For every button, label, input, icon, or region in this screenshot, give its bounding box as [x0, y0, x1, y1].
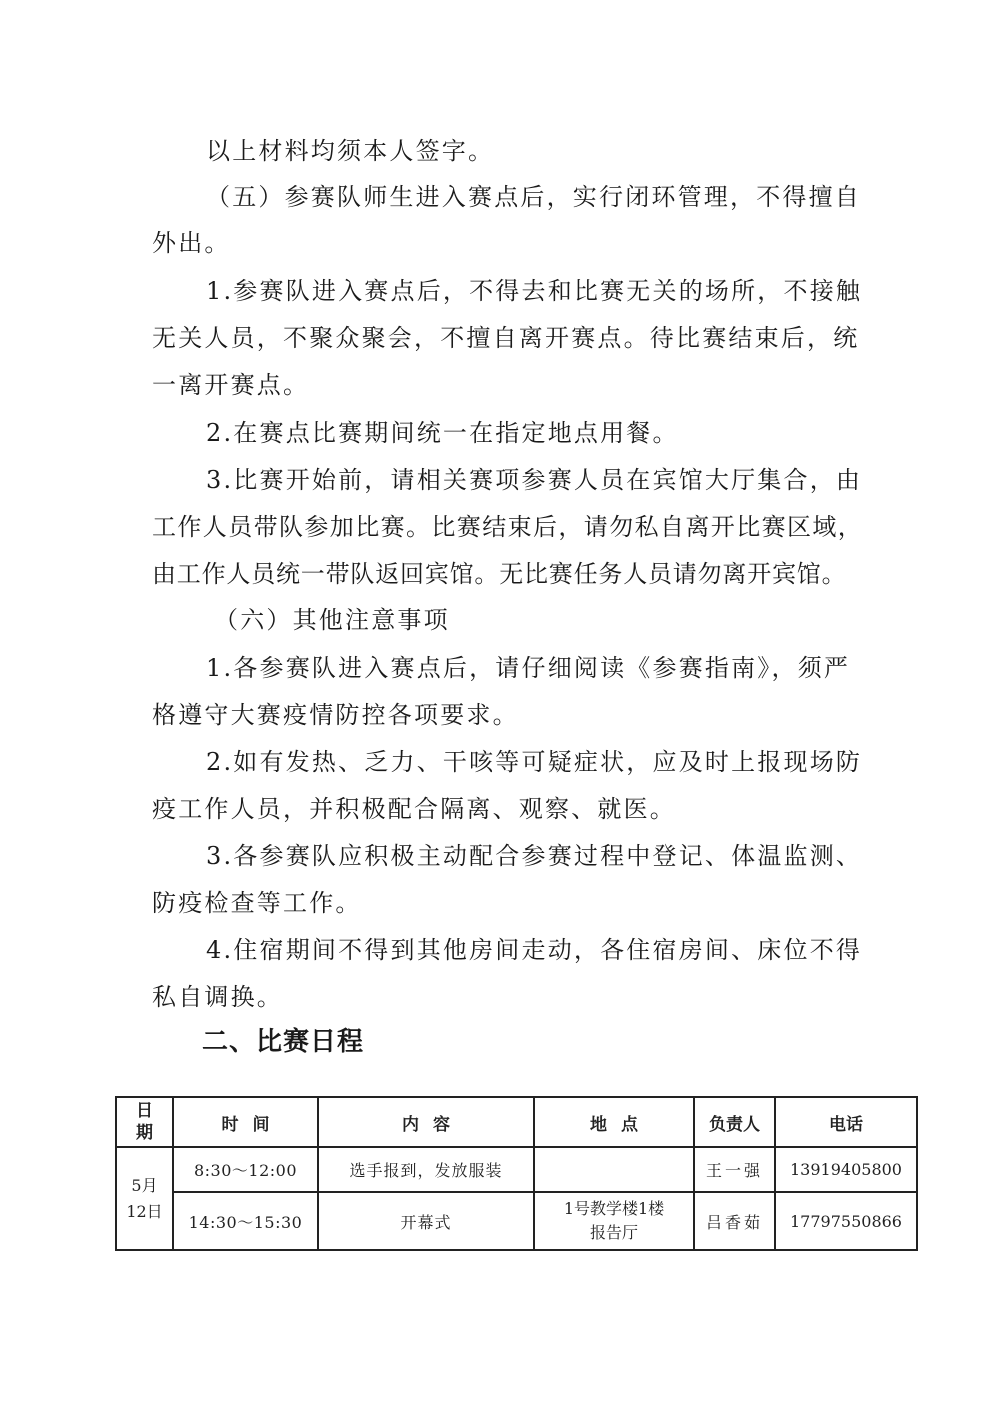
- paragraph-line: 1.各参赛队进入赛点后，请仔细阅读《参赛指南》，须严: [206, 653, 850, 683]
- paragraph-line: 一离开赛点。: [152, 370, 309, 400]
- paragraph-line: 由工作人员统一带队返回宾馆。无比赛任务人员请勿离开宾馆。: [152, 559, 846, 589]
- header-date-line2: 期: [117, 1122, 172, 1144]
- date-cell: 5月 12日: [116, 1147, 173, 1250]
- paragraph-line: 1.参赛队进入赛点后，不得去和比赛无关的场所，不接触: [206, 276, 862, 306]
- phone-cell: 13919405800: [775, 1147, 917, 1192]
- paragraph-line: 格遵守大赛疫情防控各项要求。: [152, 700, 519, 730]
- header-time: 时间: [173, 1097, 318, 1147]
- header-date: 日 期: [116, 1097, 173, 1147]
- paragraph-line: 以上材料均须本人签字。: [206, 136, 494, 166]
- location-line1: 1号教学楼1楼: [535, 1197, 693, 1221]
- paragraph-line: （五）参赛队师生进入赛点后，实行闭环管理，不得擅自: [206, 182, 861, 212]
- date-line2: 12日: [117, 1199, 172, 1225]
- location-cell: 1号教学楼1楼 报告厅: [534, 1192, 694, 1250]
- paragraph-line: 疫工作人员，并积极配合隔离、观察、就医。: [152, 794, 676, 824]
- date-line1: 5月: [117, 1173, 172, 1199]
- location-cell: [534, 1147, 694, 1192]
- schedule-table: 日 期 时间 内容 地点 负责人 电话 5月 12日 8:30～12:00 选手…: [115, 1096, 918, 1251]
- table-row: 14:30～15:30 开幕式 1号教学楼1楼 报告厅 吕香茹 17797550…: [116, 1192, 917, 1250]
- time-cell: 14:30～15:30: [173, 1192, 318, 1250]
- location-line2: 报告厅: [535, 1221, 693, 1245]
- phone-cell: 17797550866: [775, 1192, 917, 1250]
- person-cell: 吕香茹: [694, 1192, 775, 1250]
- header-phone: 电话: [775, 1097, 917, 1147]
- paragraph-line: 3.比赛开始前，请相关赛项参赛人员在宾馆大厅集合，由: [206, 465, 862, 495]
- paragraph-line: 无关人员，不聚众聚会，不擅自离开赛点。待比赛结束后，统: [152, 323, 859, 353]
- content-cell: 选手报到，发放服装: [318, 1147, 534, 1192]
- paragraph-line: 3.各参赛队应积极主动配合参赛过程中登记、体温监测、: [206, 841, 862, 871]
- header-content: 内容: [318, 1097, 534, 1147]
- person-cell: 王一强: [694, 1147, 775, 1192]
- content-cell: 开幕式: [318, 1192, 534, 1250]
- paragraph-line: 工作人员带队参加比赛。比赛结束后，请勿私自离开比赛区域，: [152, 512, 863, 542]
- subsection-title: （六）其他注意事项: [214, 605, 450, 635]
- paragraph-line: 外出。: [152, 228, 231, 258]
- table-header-row: 日 期 时间 内容 地点 负责人 电话: [116, 1097, 917, 1147]
- header-location: 地点: [534, 1097, 694, 1147]
- section-heading: 二、比赛日程: [202, 1026, 364, 1058]
- paragraph-line: 2.在赛点比赛期间统一在指定地点用餐。: [206, 418, 679, 448]
- paragraph-line: 私自调换。: [152, 982, 283, 1012]
- paragraph-line: 防疫检查等工作。: [152, 888, 362, 918]
- table-row: 5月 12日 8:30～12:00 选手报到，发放服装 王一强 13919405…: [116, 1147, 917, 1192]
- paragraph-line: 4.住宿期间不得到其他房间走动，各住宿房间、床位不得: [206, 935, 862, 965]
- header-date-line1: 日: [117, 1100, 172, 1122]
- time-cell: 8:30～12:00: [173, 1147, 318, 1192]
- paragraph-line: 2.如有发热、乏力、干咳等可疑症状，应及时上报现场防: [206, 747, 862, 777]
- header-person: 负责人: [694, 1097, 775, 1147]
